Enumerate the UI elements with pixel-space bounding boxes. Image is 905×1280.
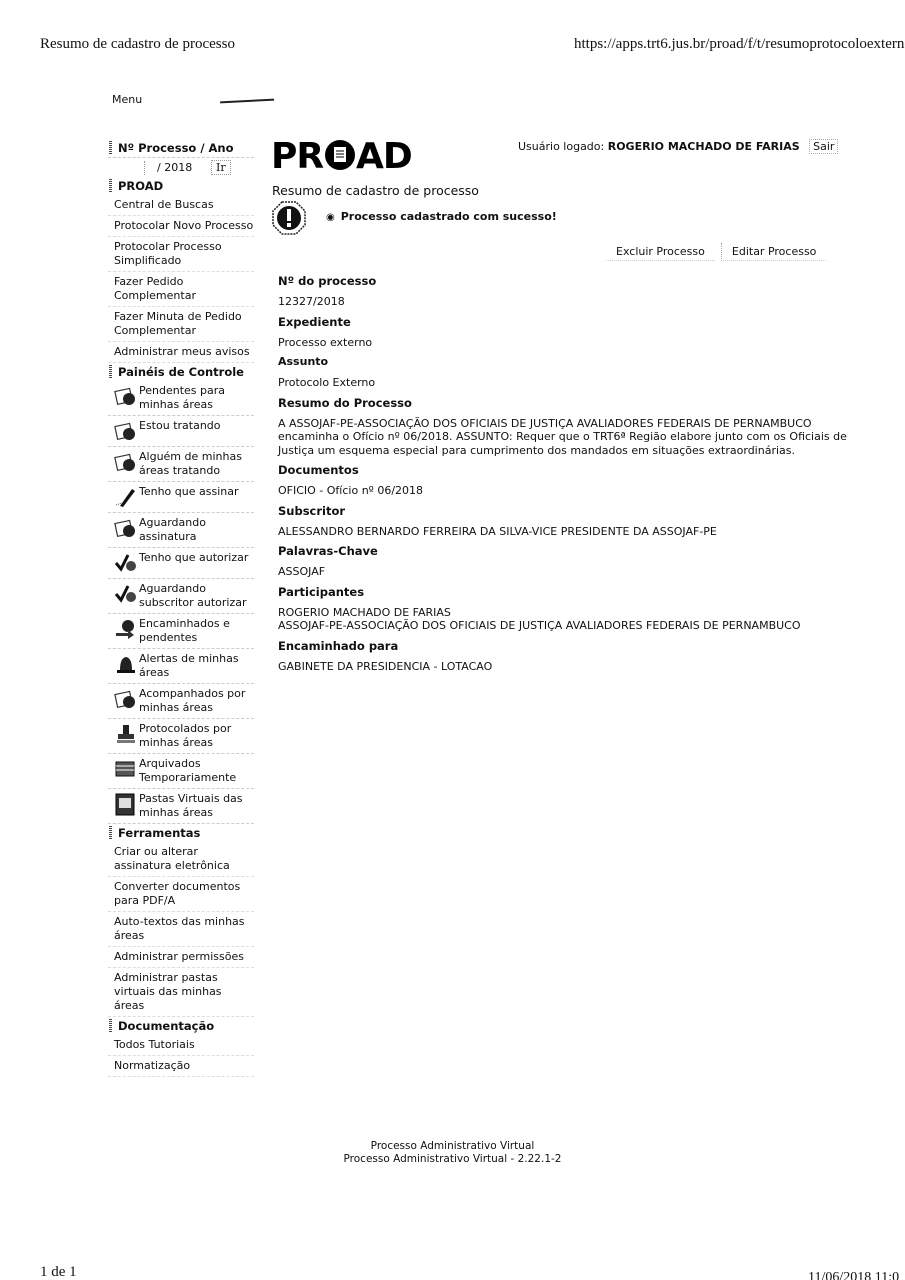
sidebar-item-aguardando-assinatura[interactable]: Aguardando assinatura [108,513,254,548]
exclamation-icon [272,201,306,235]
sidebar-item-arquivados-temporariamente[interactable]: Arquivados Temporariamente [108,754,254,789]
check-icon [114,551,138,575]
sidebar-item-label: Fazer Minuta de Pedido Complementar [114,310,242,337]
sidebar-item-label: Aguardando assinatura [139,516,254,544]
forward-icon [114,617,138,641]
delete-process-button[interactable]: Excluir Processo [606,243,715,261]
sidebar-item-alguem-de-minhas-areas-tratando[interactable]: Alguém de minhas áreas tratando [108,447,254,482]
sidebar-item-protocolar-processo-simplificado[interactable]: Protocolar Processo Simplificado [108,237,254,272]
clock-sign-icon [114,516,138,540]
sidebar-item-aguardando-subscritor-autorizar[interactable]: Aguardando subscritor autorizar [108,579,254,614]
logged-user-prefix: Usuário logado: [518,140,604,153]
sidebar-item-criar-ou-alterar-assinatura-eletronica[interactable]: Criar ou alterar assinatura eletrônica [108,842,254,877]
sidebar-item-label: Pastas Virtuais das minhas áreas [139,792,254,820]
menu-toggle-handle[interactable] [220,95,274,104]
proad-logo: PR AD [271,137,421,182]
field-value: A ASSOJAF-PE-ASSOCIAÇÃO DOS OFICIAIS DE … [278,417,848,458]
page-footer: Processo Administrativo Virtual Processo… [0,1140,905,1166]
sidebar-item-todos-tutoriais[interactable]: Todos Tutoriais [108,1035,254,1056]
sidebar-item-pendentes-para-minhas-areas[interactable]: Pendentes para minhas áreas [108,381,254,416]
footer-app-name: Processo Administrativo Virtual [0,1140,905,1153]
sidebar-item-label: Pendentes para minhas áreas [139,384,254,412]
sidebar-item-label: Tenho que assinar [139,485,239,499]
svg-text:AD: AD [356,137,412,173]
print-timestamp: 11/06/2018 11:0 [808,1270,899,1280]
edit-process-button[interactable]: Editar Processo [721,243,827,261]
archive-icon [114,757,138,781]
folder-hand-icon [114,419,138,443]
menu-label: Menu [112,93,142,106]
sidebar-item-protocolados-por-minhas-areas[interactable]: Protocolados por minhas áreas [108,719,254,754]
sidebar-sections: PROADCentral de BuscasProtocolar Novo Pr… [108,177,254,1077]
sidebar-section-title: Documentação [108,1017,254,1035]
field-value: ALESSANDRO BERNARDO FERREIRA DA SILVA-VI… [278,525,848,539]
sidebar-item-central-de-buscas[interactable]: Central de Buscas [108,195,254,216]
sidebar-item-converter-documentos-para-pdf-a[interactable]: Converter documentos para PDF/A [108,877,254,912]
sidebar-item-fazer-minuta-de-pedido-complementar[interactable]: Fazer Minuta de Pedido Complementar [108,307,254,342]
process-actions: Excluir Processo Editar Processo [606,243,826,261]
sidebar-item-label: Encaminhados e pendentes [139,617,254,645]
field-label: Resumo do Processo [278,396,848,410]
sidebar-item-label: Auto-textos das minhas áreas [114,915,245,942]
sidebar-item-label: Administrar pastas virtuais das minhas á… [114,971,222,1012]
logout-link[interactable]: Sair [809,139,838,154]
sidebar-item-label: Normatização [114,1059,190,1072]
field-value: ASSOJAF [278,565,848,579]
field-label: Documentos [278,463,848,477]
check-clock-icon [114,582,138,606]
process-details: Nº do processo12327/2018ExpedienteProces… [278,274,848,673]
sidebar-item-alertas-de-minhas-areas[interactable]: Alertas de minhas áreas [108,649,254,684]
print-header-url: https://apps.trt6.jus.br/proad/f/t/resum… [574,36,905,53]
sidebar-item-label: Aguardando subscritor autorizar [139,582,254,610]
proad-logo-icon: PR AD [271,137,421,173]
sidebar-item-label: Alguém de minhas áreas tratando [139,450,254,478]
logged-user-name: ROGERIO MACHADO DE FARIAS [608,140,800,153]
sidebar-item-normatizacao[interactable]: Normatização [108,1056,254,1077]
page-title: Resumo de cadastro de processo [272,183,479,198]
sidebar-item-fazer-pedido-complementar[interactable]: Fazer Pedido Complementar [108,272,254,307]
success-message: ◉Processo cadastrado com sucesso! [326,210,557,223]
sidebar-item-label: Arquivados Temporariamente [139,757,254,785]
print-page-number: 1 de 1 [40,1264,77,1280]
sidebar-item-label: Tenho que autorizar [139,551,248,565]
sidebar-item-label: Central de Buscas [114,198,214,211]
field-label: Participantes [278,585,848,599]
sidebar-item-label: Protocolar Processo Simplificado [114,240,222,267]
folder-globe-icon [114,384,138,408]
sidebar-item-protocolar-novo-processo[interactable]: Protocolar Novo Processo [108,216,254,237]
sidebar-item-administrar-permissoes[interactable]: Administrar permissões [108,947,254,968]
info-bullet-icon: ◉ [326,212,335,223]
field-value-line: ROGERIO MACHADO DE FARIAS [278,606,848,620]
field-value: GABINETE DA PRESIDENCIA - LOTACAO [278,660,848,674]
sidebar-item-auto-textos-das-minhas-areas[interactable]: Auto-textos das minhas áreas [108,912,254,947]
sidebar-item-estou-tratando[interactable]: Estou tratando [108,416,254,447]
field-label: Palavras-Chave [278,544,848,558]
print-header-title: Resumo de cadastro de processo [40,36,235,53]
sidebar-item-label: Fazer Pedido Complementar [114,275,196,302]
pen-icon [114,485,138,509]
field-label: Encaminhado para [278,639,848,653]
field-value: ROGERIO MACHADO DE FARIASASSOJAF-PE-ASSO… [278,606,848,633]
sidebar-item-label: Alertas de minhas áreas [139,652,254,680]
field-value: OFICIO - Ofício nº 06/2018 [278,484,848,498]
field-value-line: ASSOJAF-PE-ASSOCIAÇÃO DOS OFICIAIS DE JU… [278,619,848,633]
alert-bell-icon [114,652,138,676]
field-value: 12327/2018 [278,295,848,309]
field-label: Expediente [278,315,848,329]
process-go-button[interactable]: Ir [211,160,231,175]
sidebar-item-label: Administrar meus avisos [114,345,250,358]
sidebar-item-label: Criar ou alterar assinatura eletrônica [114,845,230,872]
field-label: Assunto [278,355,848,369]
svg-text:PR: PR [271,137,323,173]
process-search-title: Nº Processo / Ano [108,139,254,157]
sidebar-section-title: Ferramentas [108,824,254,842]
footer-version: Processo Administrativo Virtual - 2.22.1… [0,1153,905,1166]
sidebar-item-label: Todos Tutoriais [114,1038,195,1051]
folder-group-icon [114,450,138,474]
sidebar-item-tenho-que-assinar[interactable]: Tenho que assinar [108,482,254,513]
sidebar-item-label: Estou tratando [139,419,221,433]
field-label: Subscritor [278,504,848,518]
sidebar-item-encaminhados-e-pendentes[interactable]: Encaminhados e pendentes [108,614,254,649]
virtual-folder-icon [114,792,138,816]
sidebar-item-label: Administrar permissões [114,950,244,963]
sidebar-item-label: Protocolados por minhas áreas [139,722,254,750]
sidebar: Nº Processo / Ano / 2018 Ir PROADCentral… [108,139,254,1077]
field-label: Nº do processo [278,274,848,288]
sidebar-item-acompanhados-por-minhas-areas[interactable]: Acompanhados por minhas áreas [108,684,254,719]
folder-eye-icon [114,687,138,711]
field-value: Protocolo Externo [278,376,848,390]
process-year-input[interactable]: / 2018 [157,161,205,174]
sidebar-item-administrar-meus-avisos[interactable]: Administrar meus avisos [108,342,254,363]
sidebar-item-label: Protocolar Novo Processo [114,219,253,232]
logged-user: Usuário logado: ROGERIO MACHADO DE FARIA… [518,140,838,153]
success-message-text: Processo cadastrado com sucesso! [341,210,557,223]
sidebar-section-title: PROAD [108,177,254,195]
sidebar-section-title: Painéis de Controle [108,363,254,381]
sidebar-item-tenho-que-autorizar[interactable]: Tenho que autorizar [108,548,254,579]
sidebar-item-label: Converter documentos para PDF/A [114,880,240,907]
sidebar-item-pastas-virtuais-das-minhas-areas[interactable]: Pastas Virtuais das minhas áreas [108,789,254,824]
process-search-form: / 2018 Ir [108,157,254,177]
stamp-icon [114,722,138,746]
sidebar-item-label: Acompanhados por minhas áreas [139,687,254,715]
sidebar-item-administrar-pastas-virtuais-das-minhas-areas[interactable]: Administrar pastas virtuais das minhas á… [108,968,254,1017]
process-number-input[interactable] [144,161,151,175]
field-value: Processo externo [278,336,848,350]
